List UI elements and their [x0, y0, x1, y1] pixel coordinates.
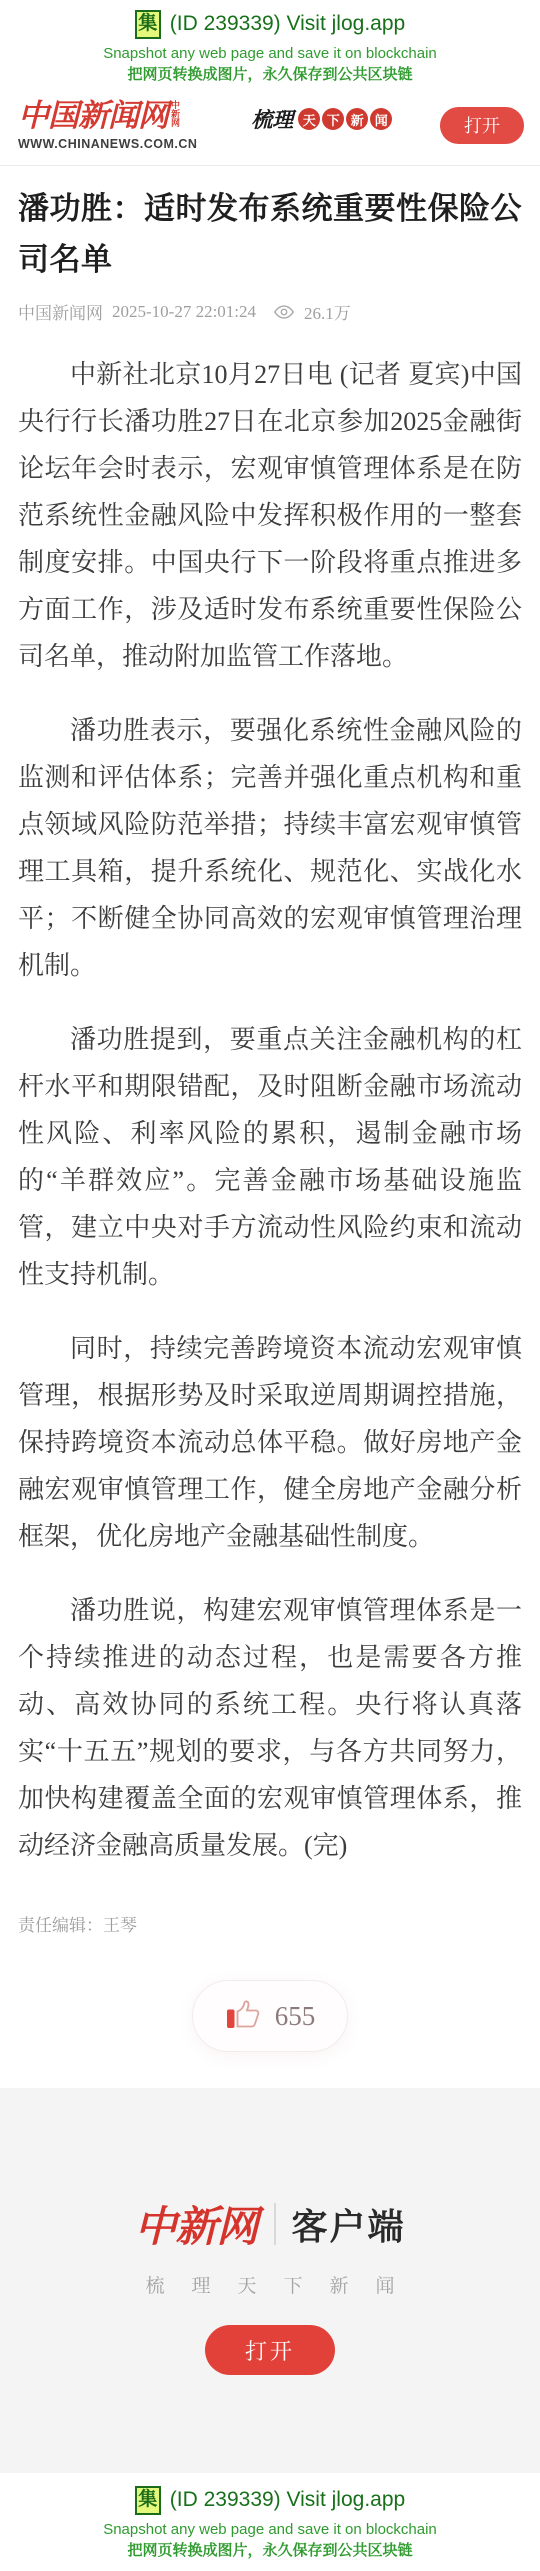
- slogan-seal-icon: 新: [346, 108, 368, 130]
- banner-subtitle-zh: 把网页转换成图片，永久保存到公共区块链: [0, 64, 540, 85]
- like-section: 655: [18, 1980, 522, 2052]
- open-app-button-footer[interactable]: 打开: [205, 2325, 335, 2375]
- footer-slogan: 梳理天下新闻: [0, 2271, 540, 2298]
- header-slogan: 梳理 天 下 新 闻: [251, 104, 392, 134]
- slogan-seal-icon: 下: [322, 108, 344, 130]
- article-meta: 中国新闻网 2025-10-27 22:01:24 26.1万: [18, 299, 522, 324]
- article-datetime: 2025-10-27 22:01:24: [112, 302, 256, 322]
- app-promo-footer: 中新网 客户端 梳理天下新闻 打开: [0, 2088, 540, 2473]
- slogan-prefix: 梳理: [251, 104, 293, 134]
- banner-subtitle-zh: 把网页转换成图片，永久保存到公共区块链: [0, 2540, 540, 2561]
- article-title: 潘功胜：适时发布系统重要性保险公司名单: [18, 183, 522, 285]
- footer-logo-red-text: 中新网: [134, 2194, 257, 2254]
- article-paragraph: 同时，持续完善跨境资本流动宏观审慎管理，根据形势及时采取逆周期调控措施，保持跨境…: [18, 1325, 522, 1560]
- app-footer-logo: 中新网 客户端: [134, 2194, 405, 2254]
- footer-logo-divider: [274, 2203, 276, 2245]
- article-paragraph: 潘功胜提到，要重点关注金融机构的杠杆水平和期限错配，及时阻断金融市场流动性风险、…: [18, 1016, 522, 1298]
- footer-logo-client-text: 客户端: [292, 2199, 406, 2250]
- site-header: 中国新闻网 中 新 网 WWW.CHINANEWS.COM.CN 梳理 天 下 …: [0, 95, 540, 166]
- jlog-link[interactable]: 集 (ID 239339) Visit jlog.app: [135, 2485, 405, 2515]
- jlog-banner-top: 集 (ID 239339) Visit jlog.app Snapshot an…: [0, 0, 540, 95]
- jlog-id-text: (ID 239339) Visit jlog.app: [170, 9, 405, 39]
- open-app-button-header[interactable]: 打开: [440, 107, 524, 144]
- views-eye-icon: [273, 301, 295, 323]
- like-button[interactable]: 655: [192, 1980, 348, 2052]
- responsible-editor: 责任编辑：王琴: [18, 1911, 522, 1936]
- chinanews-logo-text: 中国新闻网: [18, 99, 168, 133]
- article-paragraph: 潘功胜说，构建宏观审慎管理体系是一个持续推进的动态过程，也是需要各方推动、高效协…: [18, 1587, 522, 1869]
- banner-subtitle-en: Snapshot any web page and save it on blo…: [0, 44, 540, 64]
- ji-collect-icon: 集: [135, 2486, 161, 2515]
- thumbs-up-icon: [225, 1997, 263, 2035]
- view-count: 26.1万: [304, 299, 351, 324]
- chinanews-logo-side: 中 新 网: [171, 101, 180, 128]
- article: 潘功胜：适时发布系统重要性保险公司名单 中国新闻网 2025-10-27 22:…: [0, 183, 540, 2052]
- article-body: 中新社北京10月27日电 (记者 夏宾)中国央行行长潘功胜27日在北京参加202…: [18, 351, 522, 1869]
- chinanews-logo[interactable]: 中国新闻网 中 新 网 WWW.CHINANEWS.COM.CN: [18, 99, 197, 151]
- slogan-seal-icon: 天: [298, 108, 320, 130]
- article-source: 中国新闻网: [18, 299, 103, 324]
- chinanews-url: WWW.CHINANEWS.COM.CN: [18, 137, 197, 151]
- article-paragraph: 潘功胜表示，要强化系统性金融风险的监测和评估体系；完善并强化重点机构和重点领域风…: [18, 707, 522, 989]
- slogan-seal-icon: 闻: [370, 108, 392, 130]
- article-paragraph: 中新社北京10月27日电 (记者 夏宾)中国央行行长潘功胜27日在北京参加202…: [18, 351, 522, 680]
- jlog-link[interactable]: 集 (ID 239339) Visit jlog.app: [135, 9, 405, 39]
- jlog-banner-bottom: 集 (ID 239339) Visit jlog.app Snapshot an…: [0, 2473, 540, 2571]
- jlog-id-text: (ID 239339) Visit jlog.app: [170, 2485, 405, 2515]
- ji-collect-icon: 集: [135, 10, 161, 39]
- banner-subtitle-en: Snapshot any web page and save it on blo…: [0, 2520, 540, 2540]
- like-count: 655: [275, 2001, 316, 2032]
